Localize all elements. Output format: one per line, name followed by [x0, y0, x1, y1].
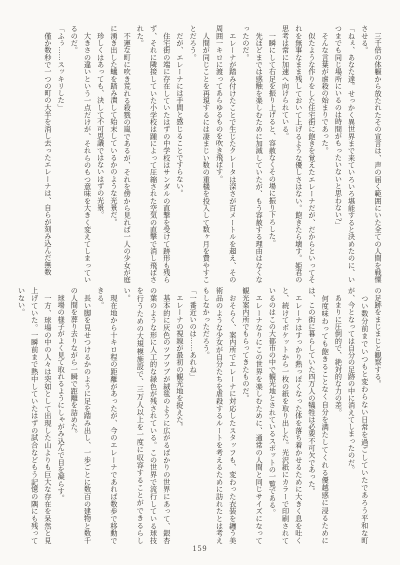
paragraph-dialogue: 「ふぅ……スッキリした」	[54, 25, 67, 283]
paragraph: 長い脚を見せつけるかのように足を踏み出し、一歩ごとに数百の建物と数千の人間を葬り…	[67, 287, 93, 544]
text-block-top: 三千倍の体軀から放たれたその宣言は、声の届く範囲にいた全ての人間を戦慄させる。 …	[12, 25, 384, 283]
paragraph: 基本的に灰色のツブツブが絨毯のように広がるばかりの世界にあって、銀杏の葉のような…	[120, 287, 173, 544]
paragraph: あまりに圧倒的で、絶対的な力の差。	[331, 287, 344, 544]
paragraph: 一方、球場の中の人々は突如として出現した山よりも巨大な存在を呆然と見上げていた。…	[14, 287, 54, 544]
paragraph: 不運な町に吹き荒れる殺戮の嵐であるが、それを傍から見れば一人の少女が庭に湧き出し…	[107, 25, 133, 283]
paragraph-dialogue: 「一番近いのは……あれね」	[186, 287, 199, 544]
paragraph-dialogue: 「ねぇ、あなた達。せっかく異世界まで来ていろいろ堪能すると決めたのに、いつまでも…	[331, 25, 357, 283]
paragraph: 人間が同じことを再現するには凄まじい数の重機を投入して数ヶ月を費やすことだろう。	[186, 25, 212, 283]
page-number: 159	[0, 544, 400, 553]
paragraph: 神話にすら登場しないような非常識な存在が、自分たちの目の前に現れたの	[12, 287, 14, 544]
paragraph: 似たような作りをした住宅街に飽きを覚えたエレーナだが、だからといってそれを無事な…	[278, 25, 318, 283]
book-page: 三千倍の体軀から放たれたその宣言は、声の届く範囲にいた全ての人間を戦慄させる。 …	[0, 0, 400, 565]
paragraph: 珍しくはあっても、決して不可思議ではないはずの光景。	[94, 25, 107, 283]
paragraph: 球場の様子がよく見て取れるようにしゃがみ込んで目を凝らす。	[54, 287, 67, 544]
paragraph: 一瞬にして右足を振り上げると、容赦なくその場に振り下ろした。	[265, 25, 278, 283]
paragraph: 何度味わっても飽きることなく自分を満たしてくれる優越感に浸るためには、この街に暮…	[305, 287, 331, 544]
paragraph-continuation: の足跡をまじまじと観察する。	[371, 287, 384, 544]
paragraph: つい数分前までいつもと変わらない日常を過ごしていたであろう平和な町が、今となって…	[344, 287, 370, 544]
paragraph: 先ほどまでは感触を楽しむために加減していたが、もう容赦する理由はなくなったのだ。	[239, 25, 265, 283]
paragraph: エレーナはすっかり熱っぽくなった体を落ち着かせるために大きく息を吐くと、続けてポ…	[265, 287, 305, 544]
paragraph: だが、エレーナには手間と感じることですらない。	[173, 25, 186, 283]
paragraph: おそらく、案内所でエレーナに対応したスタッフも、変わった衣装を纏う美術品のような…	[199, 287, 239, 544]
paragraph: エレーナなりにこの世界を楽しむために、通常の人間と同じサイズになって観光案内所で…	[239, 287, 265, 544]
paragraph: 僅か数秒で一つの町の大半を消し去ったエレーナは、自らが刻み込んだ無数	[41, 25, 54, 283]
paragraph: エレーナの視線が最初の観光地を捉えた。	[173, 287, 186, 544]
paragraph: エレーナが踏み付けたことで生じたクレータは深さが百メートルを超え、その周囲一キロ…	[212, 25, 238, 283]
paragraph: そんな言葉が虐殺の始まりであった。	[318, 25, 331, 283]
paragraph: 大きさの違いという一点だけが、それらのもつ意味を大きく変えてしまっているのだ。	[67, 25, 93, 283]
paragraph: 三千倍の体軀から放たれたその宣言は、声の届く範囲にいた全ての人間を戦慄させる。	[358, 25, 384, 283]
text-block-bottom: の足跡をまじまじと観察する。 つい数分前までいつもと変わらない日常を過ごしていた…	[12, 287, 384, 544]
paragraph: 現在地から十キロ程の距離があったが、今のエレーナであれば数歩で移動できる。	[94, 287, 120, 544]
paragraph: 住宅街の端に存在していたはずの中学校はサンダルの直撃を受けて跡形も残らず、それに…	[133, 25, 173, 283]
